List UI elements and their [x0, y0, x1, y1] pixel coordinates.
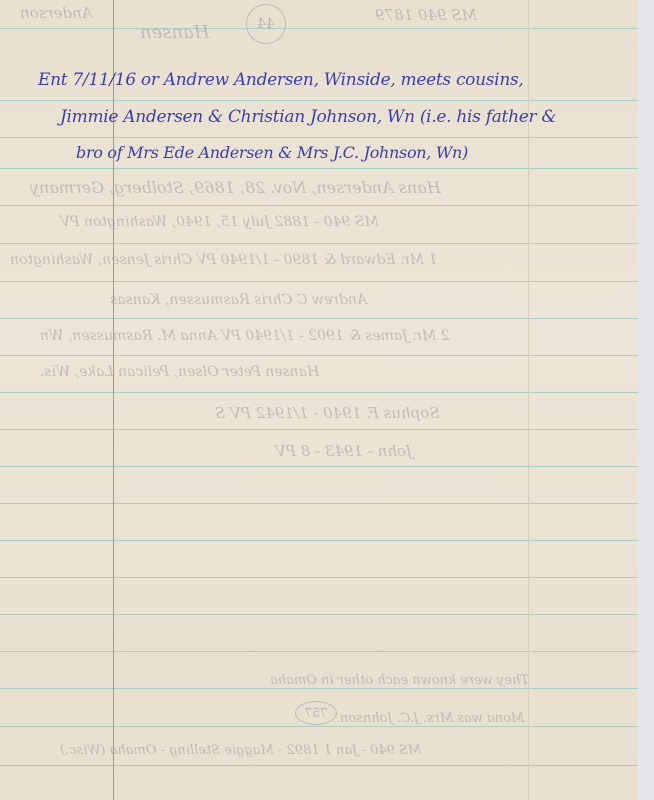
ruled-line — [0, 577, 638, 578]
ghost-text: MS 940 1879 — [375, 6, 477, 24]
ghost-circle-number: 757 — [295, 701, 337, 725]
handwritten-line-1: Ent 7/11/16 or Andrew Andersen, Winside,… — [38, 70, 524, 90]
ghost-text: MS 940 - 1882 July 15, 1940, Washington … — [60, 214, 379, 230]
ruled-line — [0, 243, 638, 244]
ruled-line — [0, 466, 638, 467]
ghost-text: Mona was Mrs. J.C. Johnson — [340, 711, 524, 726]
ruled-line — [0, 614, 638, 615]
ruled-line — [0, 765, 638, 766]
ruled-line — [0, 503, 638, 504]
ghost-text: Sophus F. 1940 - 1/1942 PV S — [215, 404, 440, 422]
ruled-line — [0, 651, 638, 652]
ruled-line — [0, 28, 638, 29]
ghost-text: Hansen Peter Olsen, Pelican Lake, Wis. — [40, 364, 319, 380]
ruled-line — [0, 281, 638, 282]
handwritten-line-2: Jimmie Andersen & Christian Johnson, Wn … — [60, 107, 556, 127]
ghost-text: Anderson — [20, 4, 93, 22]
ruled-line — [0, 540, 638, 541]
ghost-text: 2 Mr. James & 1902 - 1/1940 PV Anna M. R… — [40, 328, 450, 344]
notebook-page: Anderson Hansen 44 MS 940 1879 Hans Ande… — [0, 0, 638, 800]
ruled-line — [0, 355, 638, 356]
ghost-text: Andrew C Chris Rasmussen, Kansas — [110, 292, 367, 308]
ghost-text: Hansen — [140, 22, 210, 43]
background-edge — [638, 0, 654, 800]
ghost-text: 1 Mr. Edward & 1890 - 1/1940 PV Chris Je… — [10, 252, 437, 268]
ruled-line — [0, 429, 638, 430]
ghost-circle-number: 44 — [246, 4, 286, 44]
ruled-line — [0, 688, 638, 689]
ruled-line — [0, 137, 638, 138]
ruled-line — [0, 392, 638, 393]
ghost-text: MS 940 - Jan 1 1892 - Maggie Stelling - … — [60, 743, 421, 758]
ghost-text: Hans Andersen, Nov. 28, 1869, Stolberg, … — [30, 178, 441, 197]
handwritten-line-3: bro of Mrs Ede Andersen & Mrs J.C. Johns… — [76, 143, 468, 162]
ghost-text: John - 1943 - 8 PV — [275, 442, 412, 460]
ruled-line — [0, 168, 638, 169]
ruled-line — [0, 205, 638, 206]
ruled-line — [0, 726, 638, 727]
ruled-line — [0, 318, 638, 319]
ghost-text: They were known each other in Omaha — [270, 673, 529, 688]
ruled-line — [0, 100, 638, 101]
